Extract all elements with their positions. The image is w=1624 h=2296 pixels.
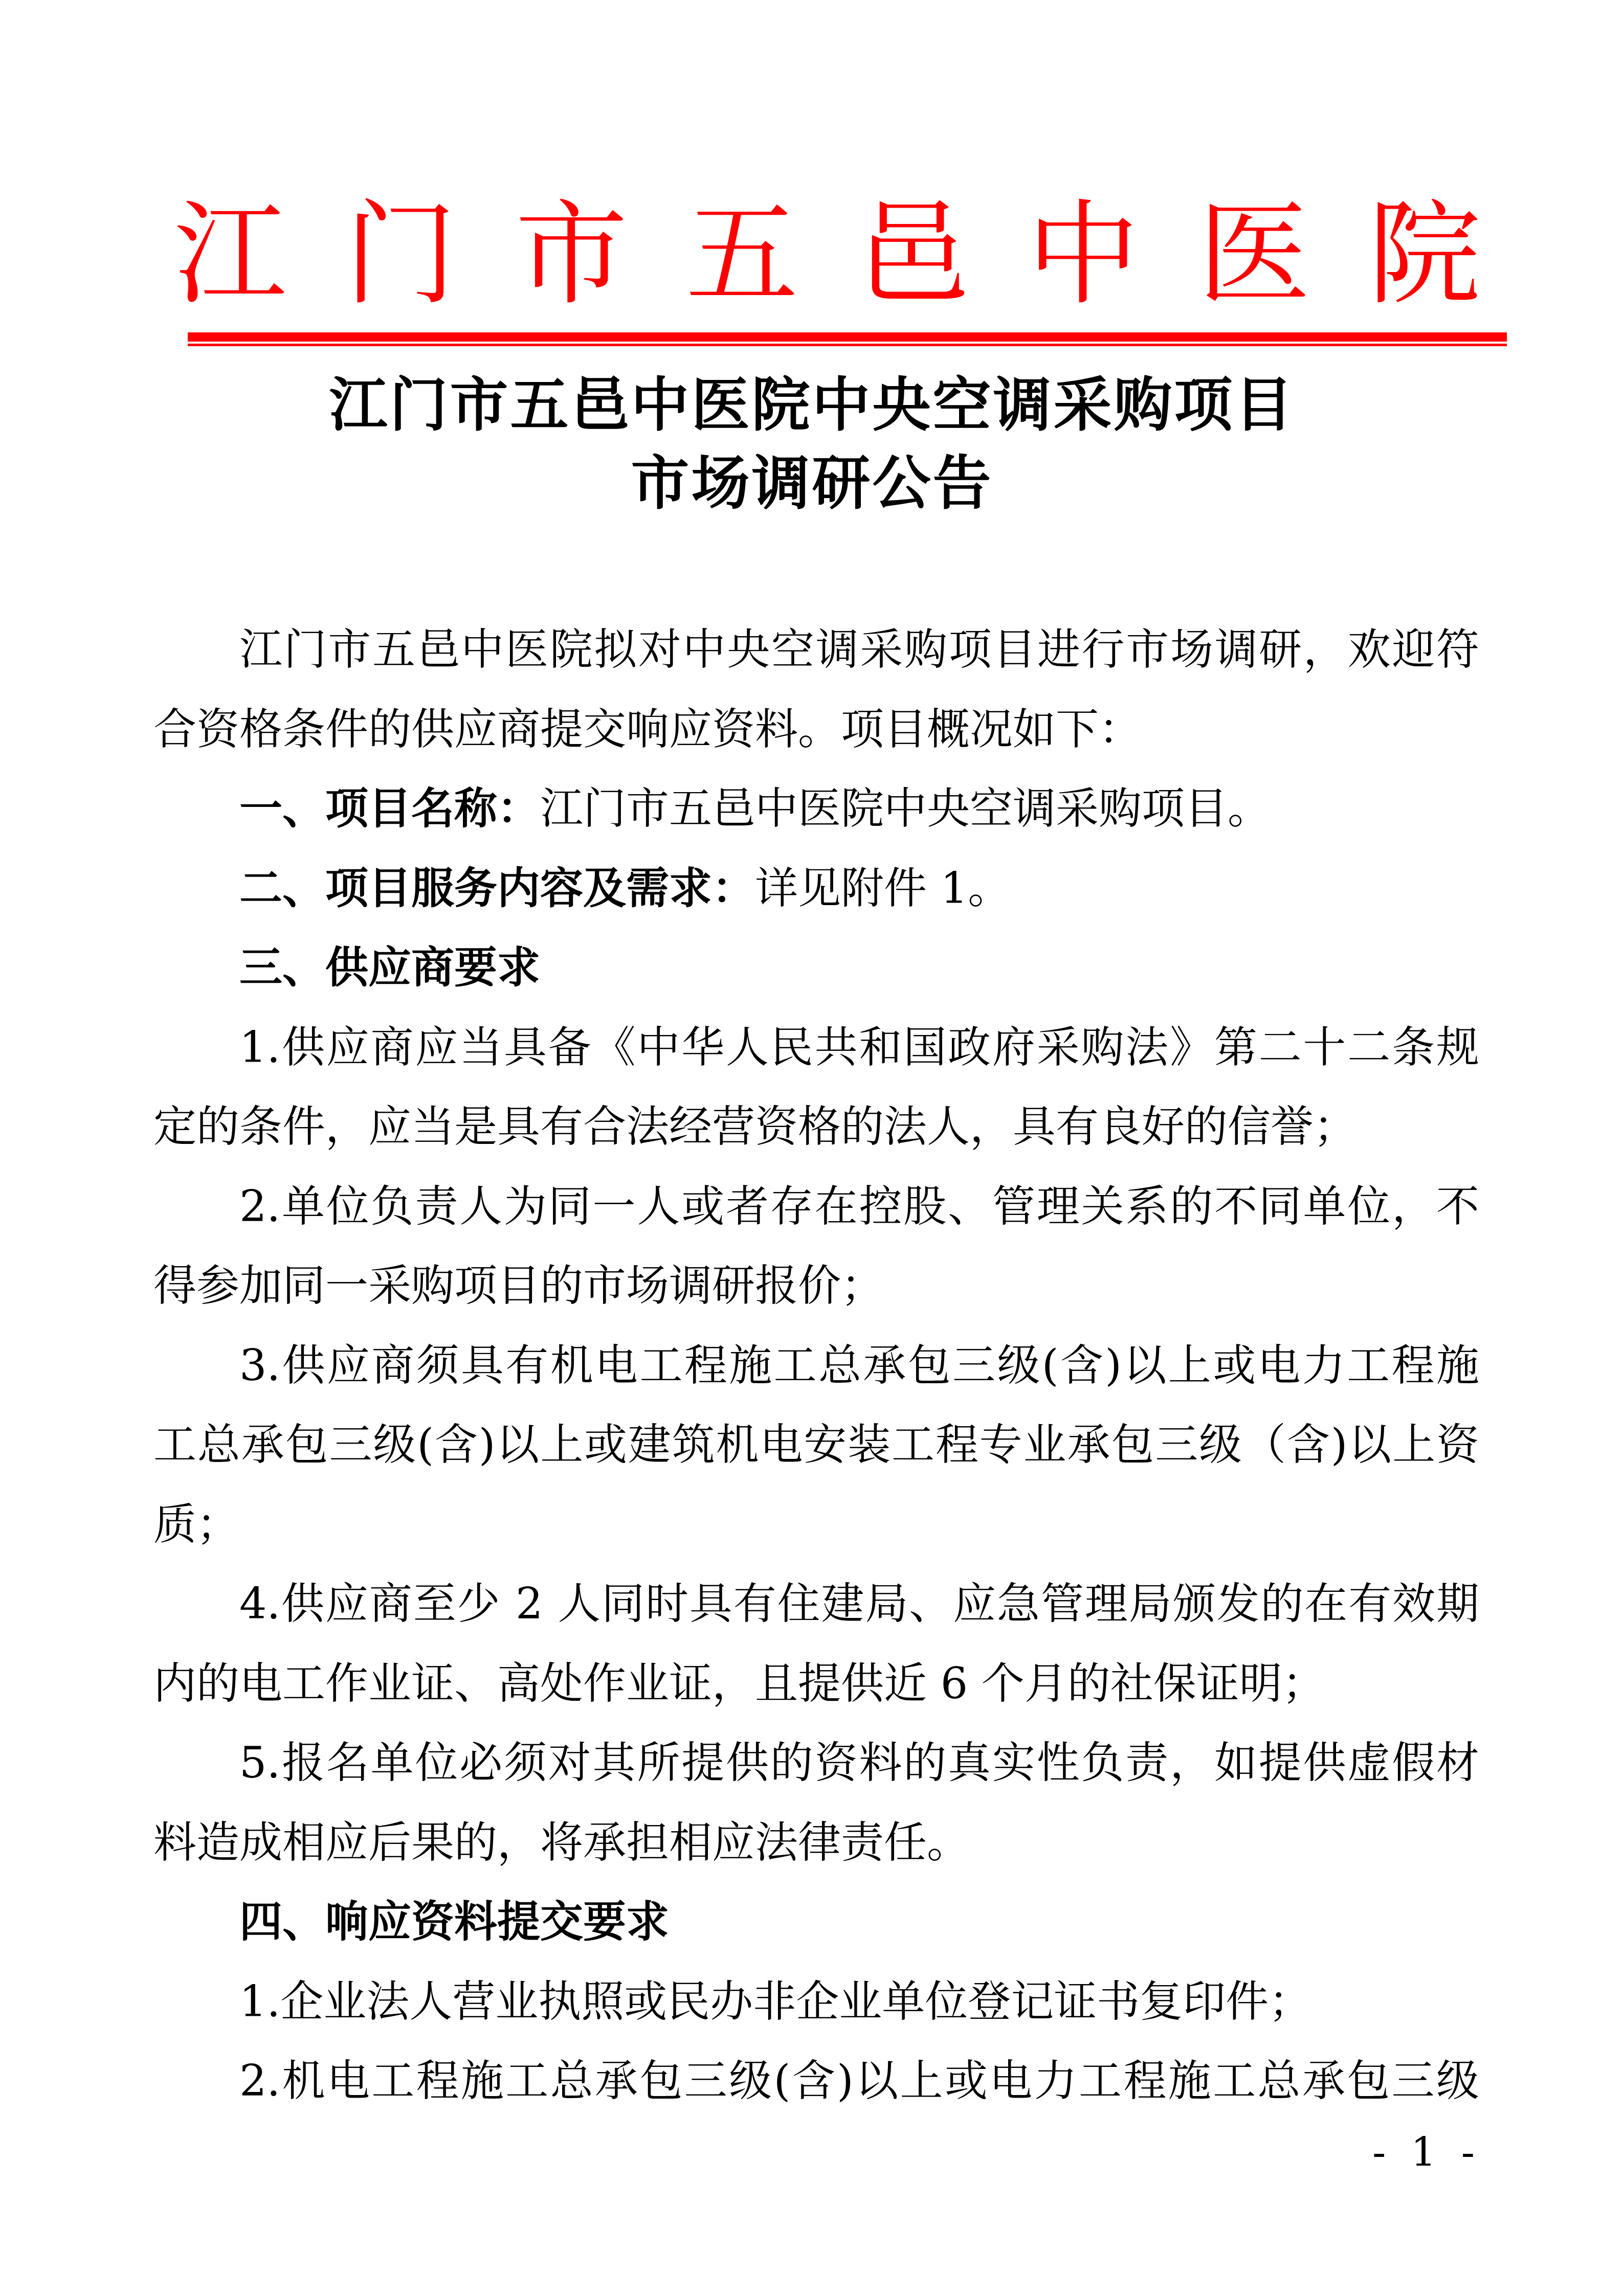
body-line: 4.供应商至少 2 人同时具有住建局、应急管理局颁发的在有效期 — [153, 1564, 1479, 1644]
doc-title-line2: 市场调研公告 — [0, 444, 1624, 522]
body-line: 1.供应商应当具备《中华人民共和国政府采购法》第二十二条规 — [153, 1008, 1479, 1088]
body-line-text: 得参加同一采购项目的市场调研报价； — [153, 1260, 884, 1311]
body-line-text: 质； — [153, 1499, 239, 1549]
body-line: 1.企业法人营业执照或民办非企业单位登记证书复印件； — [153, 1962, 1479, 2042]
body-line: 质； — [153, 1485, 1479, 1565]
body-line-heading: 一、项目名称： — [239, 784, 540, 832]
body-line: 合资格条件的供应商提交响应资料。项目概况如下： — [153, 690, 1479, 770]
body-line-text: 1.供应商应当具备《中华人民共和国政府采购法》第二十二条规 — [239, 1022, 1479, 1072]
body-line: 四、响应资料提交要求 — [153, 1882, 1479, 1962]
body-line: 三、供应商要求 — [153, 928, 1479, 1008]
masthead-divider-thick — [188, 332, 1507, 342]
masthead-char: 邑 — [856, 198, 969, 311]
body-line: 内的电工作业证、高处作业证，且提供近 6 个月的社保证明； — [153, 1644, 1479, 1724]
masthead-char: 中 — [1027, 198, 1140, 311]
body-line: 2.单位负责人为同一人或者存在控股、管理关系的不同单位，不 — [153, 1167, 1479, 1247]
body-line-text: 4.供应商至少 2 人同时具有住建局、应急管理局颁发的在有效期 — [239, 1579, 1479, 1629]
body-line: 料造成相应后果的，将承担相应法律责任。 — [153, 1803, 1479, 1883]
body-line: 3.供应商须具有机电工程施工总承包三级(含)以上或电力工程施 — [153, 1326, 1479, 1406]
body-line-text: 3.供应商须具有机电工程施工总承包三级(含)以上或电力工程施 — [239, 1340, 1479, 1390]
masthead-char: 五 — [686, 198, 798, 311]
body-line-text: 2.单位负责人为同一人或者存在控股、管理关系的不同单位，不 — [239, 1181, 1479, 1231]
body-line-heading: 三、供应商要求 — [239, 943, 540, 992]
body-text: 江门市五邑中医院拟对中央空调采购项目进行市场调研，欢迎符合资格条件的供应商提交响… — [153, 610, 1479, 2121]
body-line: 工总承包三级(含)以上或建筑机电安装工程专业承包三级（含)以上资 — [153, 1405, 1479, 1485]
body-line-heading: 二、项目服务内容及需求： — [239, 864, 755, 912]
body-line: 5.报名单位必须对其所提供的资料的真实性负责，如提供虚假材 — [153, 1723, 1479, 1803]
body-line-text: 详见附件 1。 — [755, 863, 1011, 913]
body-line-text: 1.企业法人营业执照或民办非企业单位登记证书复印件； — [239, 1976, 1311, 2027]
masthead-char: 门 — [345, 198, 457, 311]
body-line: 得参加同一采购项目的市场调研报价； — [153, 1246, 1479, 1326]
document-page: 江门市五邑中医院 江门市五邑中医院中央空调采购项目 市场调研公告 江门市五邑中医… — [0, 0, 1624, 2296]
body-line: 定的条件，应当是具有合法经营资格的法人，具有良好的信誉； — [153, 1087, 1479, 1167]
body-line-text: 江门市五邑中医院中央空调采购项目。 — [540, 783, 1271, 834]
page-number: - 1 - — [1372, 2127, 1481, 2178]
body-line-text: 2.机电工程施工总承包三级(含)以上或电力工程施工总承包三级 — [239, 2056, 1479, 2106]
body-line-text: 合资格条件的供应商提交响应资料。项目概况如下： — [153, 704, 1142, 754]
body-line: 江门市五邑中医院拟对中央空调采购项目进行市场调研，欢迎符 — [153, 610, 1479, 690]
body-line-heading: 四、响应资料提交要求 — [239, 1898, 669, 1946]
doc-title-line1: 江门市五邑中医院中央空调采购项目 — [0, 366, 1624, 444]
body-line-text: 内的电工作业证、高处作业证，且提供近 6 个月的社保证明； — [153, 1658, 1325, 1708]
body-line-text: 工总承包三级(含)以上或建筑机电安装工程专业承包三级（含)以上资 — [153, 1420, 1479, 1470]
body-line: 2.机电工程施工总承包三级(含)以上或电力工程施工总承包三级 — [153, 2041, 1479, 2121]
masthead-char: 市 — [515, 198, 628, 311]
body-line-text: 江门市五邑中医院拟对中央空调采购项目进行市场调研，欢迎符 — [239, 624, 1479, 674]
body-line-text: 5.报名单位必须对其所提供的资料的真实性负责，如提供虚假材 — [239, 1738, 1479, 1788]
body-line: 一、项目名称：江门市五邑中医院中央空调采购项目。 — [153, 769, 1479, 849]
masthead-char: 院 — [1368, 198, 1481, 311]
masthead-divider-thin — [188, 344, 1507, 346]
body-line: 二、项目服务内容及需求：详见附件 1。 — [153, 849, 1479, 929]
hospital-masthead-title: 江门市五邑中医院 — [174, 198, 1481, 311]
doc-title: 江门市五邑中医院中央空调采购项目 市场调研公告 — [0, 366, 1624, 522]
masthead-char: 江 — [174, 198, 286, 311]
body-line-text: 料造成相应后果的，将承担相应法律责任。 — [153, 1817, 970, 1867]
masthead-char: 医 — [1197, 198, 1310, 311]
body-line-text: 定的条件，应当是具有合法经营资格的法人，具有良好的信誉； — [153, 1101, 1356, 1152]
